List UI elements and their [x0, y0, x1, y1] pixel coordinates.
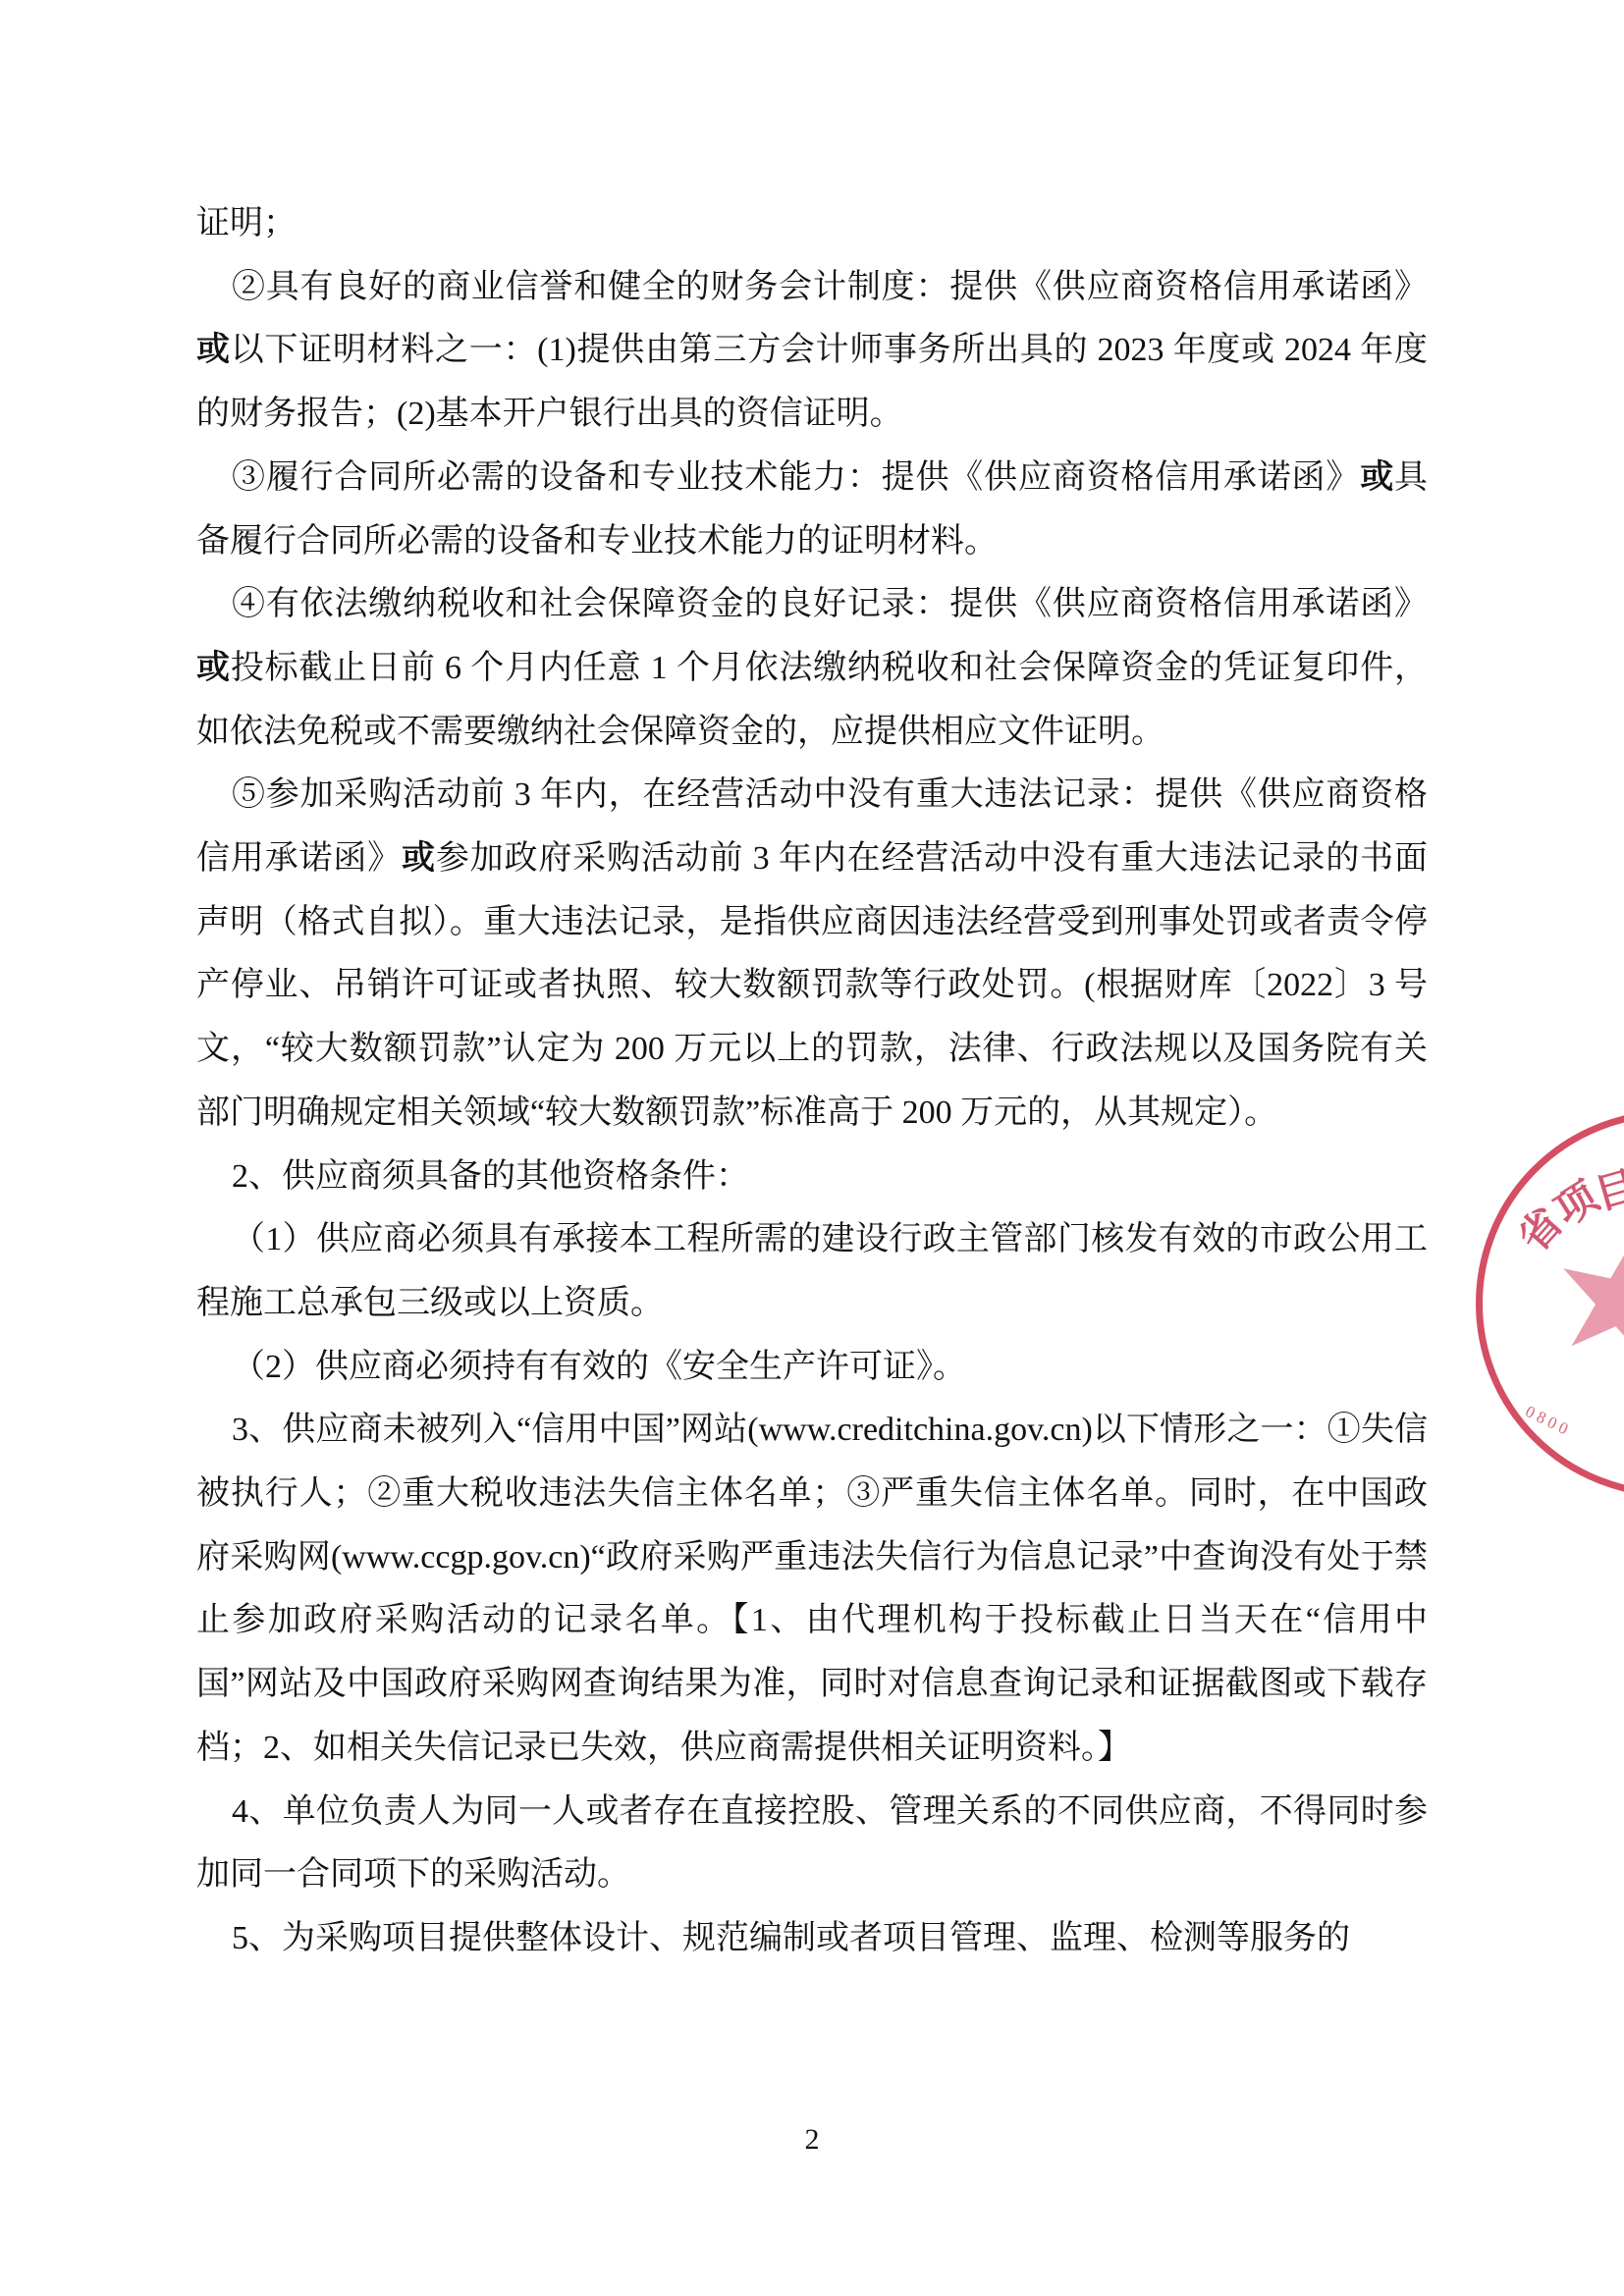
- text-run: 投标截止日前 6 个月内任意 1 个月依法缴纳税收和社会保障资金的凭证复印件，如…: [196, 650, 1428, 750]
- document-page: { "document": { "paragraphs": [ { "inden…: [0, 0, 1624, 2296]
- paragraph: （1）供应商必须具有承接本工程所需的建设行政主管部门核发有效的市政公用工程施工总…: [196, 1208, 1428, 1335]
- text-run: ③履行合同所必需的设备和专业技术能力：提供《供应商资格信用承诺函》: [232, 459, 1360, 496]
- paragraph: （2）供应商必须持有有效的《安全生产许可证》。: [196, 1336, 1428, 1400]
- paragraph: 证明；: [196, 192, 1428, 256]
- paragraph: 3、供应商未被列入“信用中国”网站(www.creditchina.gov.cn…: [196, 1399, 1428, 1780]
- text-run: 参加政府采购活动前 3 年内在经营活动中没有重大违法记录的书面声明（格式自拟）。…: [196, 840, 1428, 1131]
- text-run: （1）供应商必须具有承接本工程所需的建设行政主管部门核发有效的市政公用工程施工总…: [196, 1221, 1428, 1321]
- text-run: （2）供应商必须持有有效的《安全生产许可证》。: [232, 1349, 966, 1385]
- text-run: 5、为采购项目提供整体设计、规范编制或者项目管理、监理、检测等服务的: [232, 1920, 1350, 1956]
- page-number: 2: [0, 2122, 1624, 2158]
- text-run: 以下证明材料之一：(1)提供由第三方会计师事务所出具的 2023 年度或 202…: [196, 332, 1428, 432]
- text-run: ④有依法缴纳税收和社会保障资金的良好记录：提供《供应商资格信用承诺函》: [232, 586, 1428, 622]
- bold-text-run: 或: [402, 840, 436, 877]
- paragraph: ④有依法缴纳税收和社会保障资金的良好记录：提供《供应商资格信用承诺函》或投标截止…: [196, 573, 1428, 764]
- bold-text-run: 或: [196, 332, 231, 368]
- text-run: 2、供应商须具备的其他资格条件：: [232, 1158, 749, 1195]
- paragraph: ⑤参加采购活动前 3 年内，在经营活动中没有重大违法记录：提供《供应商资格信用承…: [196, 764, 1428, 1145]
- bold-text-run: 或: [1360, 459, 1394, 496]
- paragraph: 2、供应商须具备的其他资格条件：: [196, 1146, 1428, 1209]
- bold-text-run: 或: [196, 650, 231, 686]
- paragraph: ②具有良好的商业信誉和健全的财务会计制度：提供《供应商资格信用承诺函》或以下证明…: [196, 256, 1428, 447]
- paragraph: 4、单位负责人为同一人或者存在直接控股、管理关系的不同供应商，不得同时参加同一合…: [196, 1781, 1428, 1907]
- text-run: 3、供应商未被列入“信用中国”网站(www.creditchina.gov.cn…: [196, 1412, 1428, 1766]
- paragraph: ③履行合同所必需的设备和专业技术能力：提供《供应商资格信用承诺函》或具备履行合同…: [196, 447, 1428, 573]
- text-run: ②具有良好的商业信誉和健全的财务会计制度：提供《供应商资格信用承诺函》: [232, 269, 1428, 305]
- text-block: 证明；②具有良好的商业信誉和健全的财务会计制度：提供《供应商资格信用承诺函》或以…: [196, 192, 1428, 1971]
- paragraph: 5、为采购项目提供整体设计、规范编制或者项目管理、监理、检测等服务的: [196, 1907, 1428, 1971]
- text-run: 4、单位负责人为同一人或者存在直接控股、管理关系的不同供应商，不得同时参加同一合…: [196, 1793, 1428, 1894]
- text-run: 证明；: [196, 205, 297, 241]
